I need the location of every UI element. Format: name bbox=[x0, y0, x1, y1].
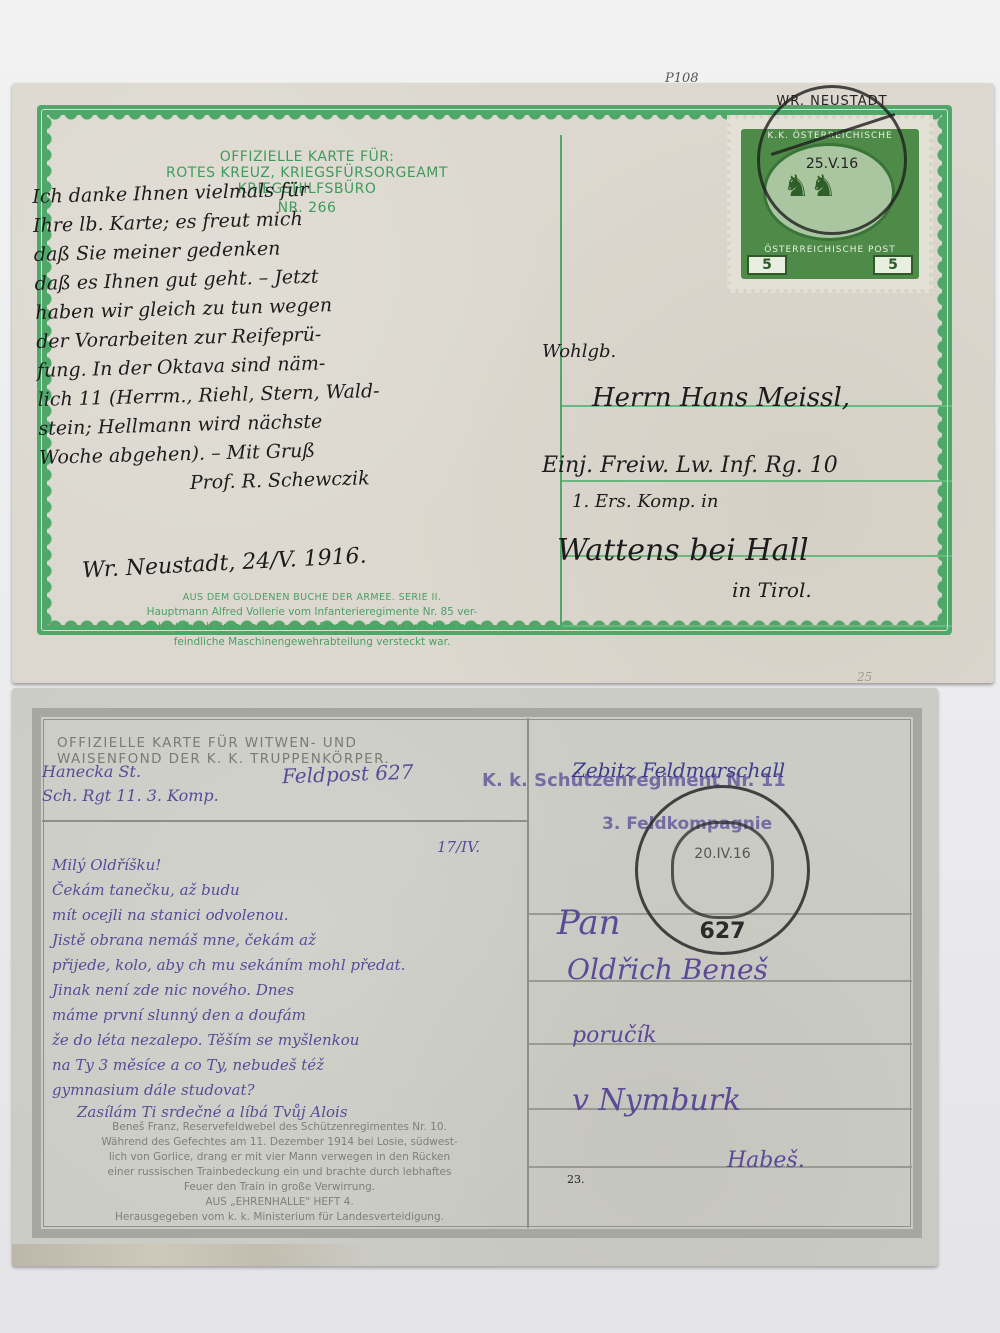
address-town: Wattens bei Hall bbox=[557, 533, 809, 568]
address-region: in Tirol. bbox=[732, 578, 812, 602]
address-rank: poručík bbox=[572, 1023, 657, 1048]
pencil-note: 23. bbox=[567, 1173, 585, 1186]
address-line bbox=[562, 625, 952, 627]
address-unit: Einj. Freiw. Lw. Inf. Rg. 10 bbox=[542, 453, 838, 478]
sender-block: Hanecka St. Sch. Rgt 11. 3. Komp. bbox=[42, 760, 219, 808]
postcard-bottom: OFFIZIELLE KARTE FÜR WITWEN- UND WAISENF… bbox=[12, 688, 938, 1266]
postcard-top: P108 OFFIZIELLE KARTE FÜR: ROTES KREUZ, … bbox=[12, 83, 994, 683]
postmark: WR. NEUSTADT 25.V.16 bbox=[757, 85, 907, 235]
address-salutation: Wohlgb. bbox=[542, 341, 616, 362]
handwritten-message: Milý Oldříšku! Čekám tanečku, až budu mí… bbox=[52, 853, 405, 1103]
closing-line: Zasílám Ti srdečné a líbá Tvůj Alois bbox=[77, 1103, 348, 1121]
address-company: 1. Ers. Komp. in bbox=[572, 491, 719, 512]
card-divider bbox=[527, 718, 529, 1228]
address-name: Oldřich Beneš bbox=[567, 953, 768, 986]
address-line bbox=[562, 480, 952, 482]
handwritten-overwrite: Zebitz Feldmarschall bbox=[572, 758, 785, 782]
worn-edge bbox=[12, 1244, 372, 1266]
story-caption: Beneš Franz, Reservefeldwebel des Schütz… bbox=[42, 1120, 517, 1225]
handwritten-message: Ich danke Ihnen vielmals für Ihre lb. Ka… bbox=[32, 170, 540, 502]
address-salutation: Pan bbox=[557, 903, 621, 943]
address-town: v Nymburk bbox=[572, 1083, 741, 1118]
feldpost-number: Feldpost 627 bbox=[282, 760, 414, 789]
feldpost-postmark: 20.IV.16 627 bbox=[635, 785, 810, 955]
pencil-inventory-note: P108 bbox=[665, 71, 699, 86]
message-date: 17/IV. bbox=[437, 838, 480, 856]
story-caption: AUS DEM GOLDENEN BUCHE DER ARMEE. SERIE … bbox=[87, 590, 537, 650]
address-region: Habeš. bbox=[727, 1148, 805, 1173]
address-name: Herrn Hans Meissl, bbox=[592, 383, 850, 413]
